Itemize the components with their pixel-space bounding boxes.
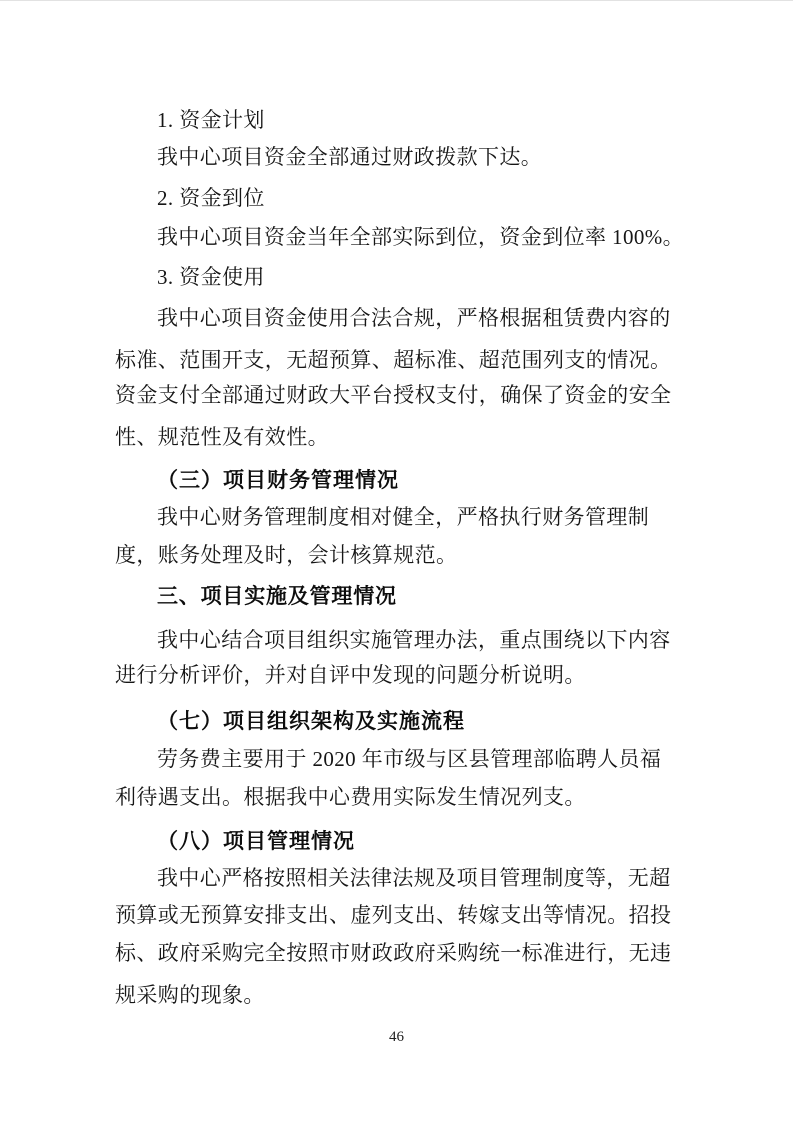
paragraph-line: 标、政府采购完全按照市财政政府采购统一标准进行，无违 [115, 940, 673, 967]
paragraph-line: 我中心结合项目组织实施管理办法，重点围绕以下内容 [115, 627, 673, 654]
subsection-heading: （八）项目管理情况 [115, 828, 673, 855]
paragraph-line: 我中心严格按照相关法律法规及项目管理制度等，无超 [115, 865, 673, 892]
paragraph-line: 我中心财务管理制度相对健全，严格执行财务管理制 [115, 504, 673, 531]
numbered-item: 2. 资金到位 [115, 185, 673, 212]
paragraph-line: 预算或无预算安排支出、虚列支出、转嫁支出等情况。招投 [115, 902, 673, 929]
subsection-heading: （三）项目财务管理情况 [115, 467, 673, 494]
paragraph-line: 资金支付全部通过财政大平台授权支付，确保了资金的安全 [115, 382, 673, 409]
paragraph-line: 性、规范性及有效性。 [115, 424, 673, 451]
paragraph-line: 我中心项目资金使用合法合规，严格根据租赁费内容的 [115, 305, 673, 332]
page-number: 46 [0, 1027, 793, 1047]
paragraph-line: 进行分析评价，并对自评中发现的问题分析说明。 [115, 662, 673, 689]
paragraph-line: 我中心项目资金当年全部实际到位，资金到位率 100%。 [115, 224, 673, 251]
paragraph-line: 规采购的现象。 [115, 982, 673, 1009]
paragraph-line: 利待遇支出。根据我中心费用实际发生情况列支。 [115, 784, 673, 811]
paragraph-line: 劳务费主要用于 2020 年市级与区县管理部临聘人员福 [115, 746, 673, 773]
paragraph-line: 标准、范围开支，无超预算、超标准、超范围列支的情况。 [115, 347, 673, 374]
paragraph-line: 我中心项目资金全部通过财政拨款下达。 [115, 144, 673, 171]
numbered-item: 3. 资金使用 [115, 264, 673, 291]
section-heading: 三、项目实施及管理情况 [115, 583, 673, 610]
document-page: 1. 资金计划 我中心项目资金全部通过财政拨款下达。 2. 资金到位 我中心项目… [0, 0, 793, 1123]
paragraph-line: 度，账务处理及时，会计核算规范。 [115, 542, 673, 569]
subsection-heading: （七）项目组织架构及实施流程 [115, 708, 673, 735]
numbered-item: 1. 资金计划 [115, 107, 673, 134]
